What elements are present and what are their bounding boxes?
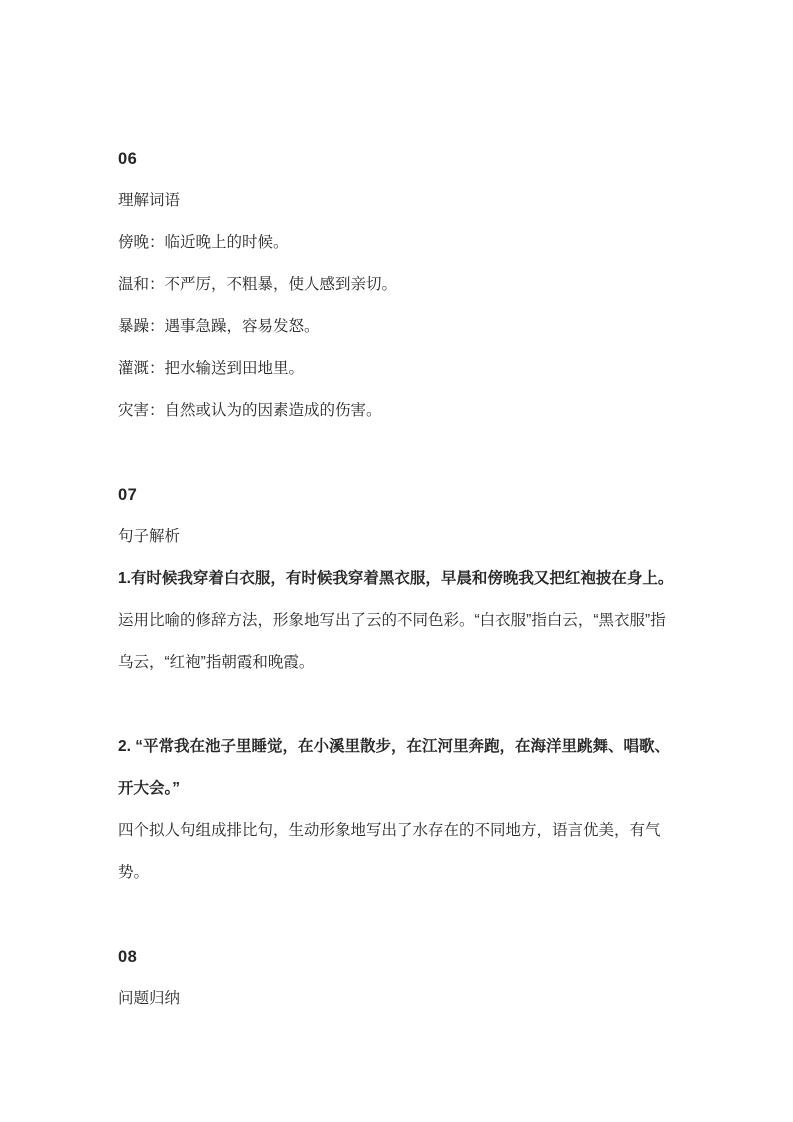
analysis-explanation-1: 运用比喻的修辞方法，形象地写出了云的不同色彩。“白衣服”指白云，“黑衣服”指乌云…	[118, 600, 676, 684]
section-number: 06	[118, 138, 676, 180]
definition-wenhe: 温和：不严厉，不粗暴，使人感到亲切。	[118, 264, 676, 306]
analysis-explanation-2: 四个拟人句组成排比句，生动形象地写出了水存在的不同地方，语言优美，有气势。	[118, 810, 676, 894]
section-number: 08	[118, 936, 676, 978]
section-title: 理解词语	[118, 180, 676, 222]
definition-baozao: 暴躁：遇事急躁，容易发怒。	[118, 306, 676, 348]
section-title: 句子解析	[118, 516, 676, 558]
document-page: 06 理解词语 傍晚：临近晚上的时候。 温和：不严厉，不粗暴，使人感到亲切。 暴…	[0, 0, 793, 1122]
definition-bangwan: 傍晚：临近晚上的时候。	[118, 222, 676, 264]
analysis-sentence-1: 1.有时候我穿着白衣服，有时候我穿着黑衣服，早晨和傍晚我又把红袍披在身上。	[118, 558, 676, 600]
section-07: 07 句子解析 1.有时候我穿着白衣服，有时候我穿着黑衣服，早晨和傍晚我又把红袍…	[118, 474, 676, 894]
section-title: 问题归纳	[118, 978, 676, 1020]
analysis-sentence-2: 2. “平常我在池子里睡觉，在小溪里散步，在江河里奔跑，在海洋里跳舞、唱歌、开大…	[118, 726, 676, 810]
section-number: 07	[118, 474, 676, 516]
definition-guangai: 灌溉：把水输送到田地里。	[118, 348, 676, 390]
definition-zaihai: 灾害：自然或认为的因素造成的伤害。	[118, 390, 676, 432]
section-08: 08 问题归纳	[118, 936, 676, 1020]
section-06: 06 理解词语 傍晚：临近晚上的时候。 温和：不严厉，不粗暴，使人感到亲切。 暴…	[118, 138, 676, 432]
